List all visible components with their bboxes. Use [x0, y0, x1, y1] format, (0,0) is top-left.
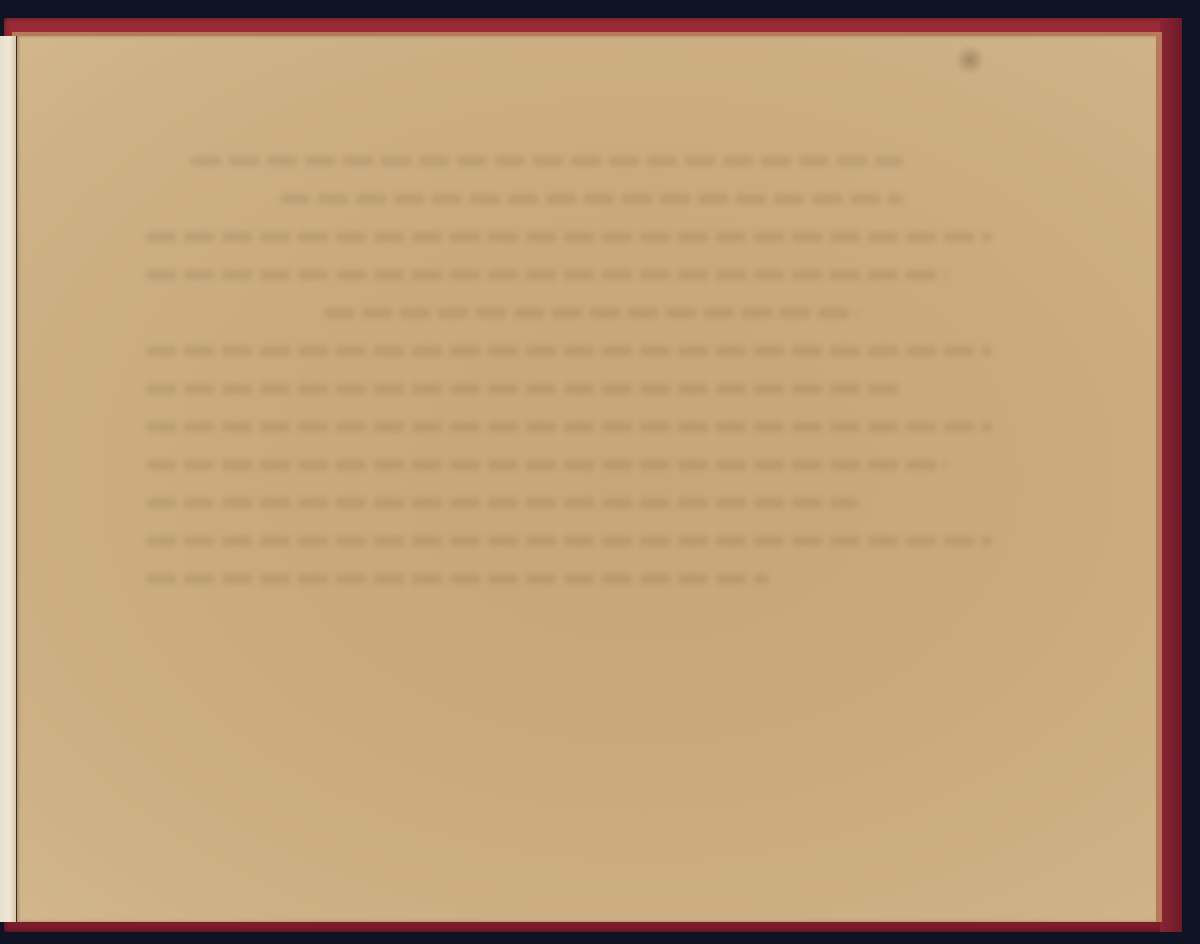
blank-page [16, 36, 1156, 922]
show-through-text [146, 156, 1036, 836]
cover-edge [1160, 18, 1182, 932]
stain-mark [955, 45, 985, 75]
facing-page-edge [0, 36, 17, 922]
